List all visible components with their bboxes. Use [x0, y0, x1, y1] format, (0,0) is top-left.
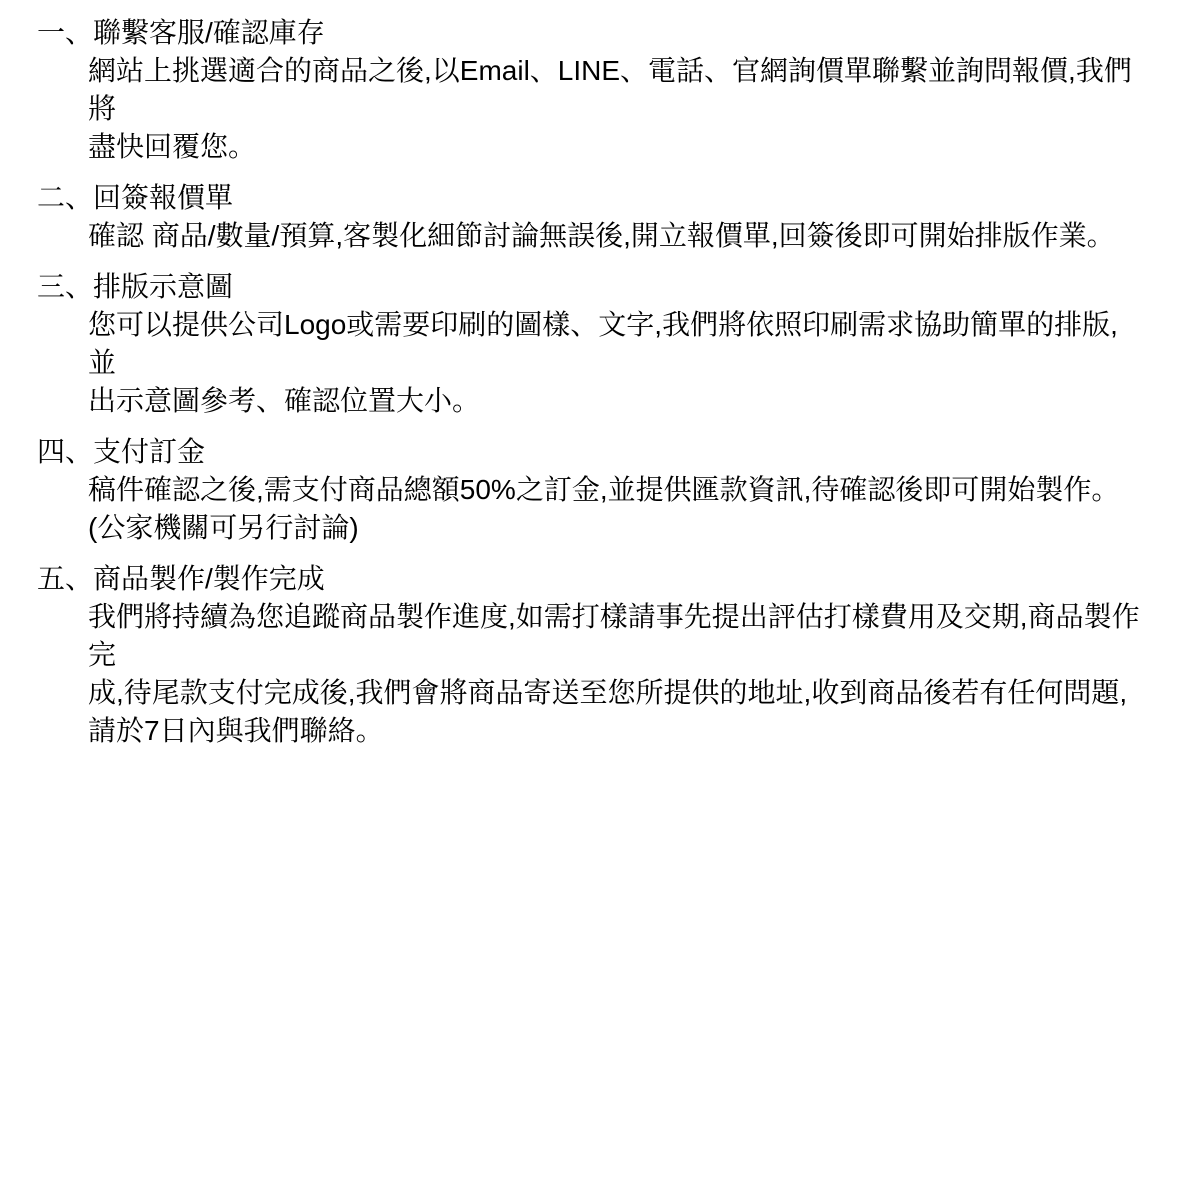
step-title: 聯繫客服/確認庫存 [93, 14, 1141, 52]
step-body-line: 成,待尾款支付完成後,我們會將商品寄送至您所提供的地址,收到商品後若有任何問題, [88, 674, 1141, 712]
step-item-1: 一、 聯繫客服/確認庫存 網站上挑選適合的商品之後,以Email、LINE、電話… [37, 14, 1141, 166]
step-heading: 一、 聯繫客服/確認庫存 [37, 14, 1141, 52]
step-body-line: 您可以提供公司Logo或需要印刷的圖樣、文字,我們將依照印刷需求協助簡單的排版,… [88, 306, 1141, 382]
step-title: 回簽報價單 [93, 179, 1141, 217]
step-body: 確認 商品/數量/預算,客製化細節討論無誤後,開立報價單,回簽後即可開始排版作業… [37, 217, 1141, 255]
step-title: 排版示意圖 [93, 268, 1141, 306]
step-body: 稿件確認之後,需支付商品總額50%之訂金,並提供匯款資訊,待確認後即可開始製作。… [37, 471, 1141, 547]
step-body-line: 確認 商品/數量/預算,客製化細節討論無誤後,開立報價單,回簽後即可開始排版作業… [88, 217, 1141, 255]
step-number: 二、 [37, 179, 93, 217]
step-body: 您可以提供公司Logo或需要印刷的圖樣、文字,我們將依照印刷需求協助簡單的排版,… [37, 306, 1141, 420]
step-number: 五、 [37, 560, 93, 598]
step-body-line: 網站上挑選適合的商品之後,以Email、LINE、電話、官網詢價單聯繫並詢問報價… [88, 52, 1141, 128]
step-body-line: 稿件確認之後,需支付商品總額50%之訂金,並提供匯款資訊,待確認後即可開始製作。 [88, 471, 1141, 509]
step-body-line: 出示意圖參考、確認位置大小。 [88, 382, 1141, 420]
step-title: 支付訂金 [93, 433, 1141, 471]
step-item-2: 二、 回簽報價單 確認 商品/數量/預算,客製化細節討論無誤後,開立報價單,回簽… [37, 179, 1141, 255]
step-item-3: 三、 排版示意圖 您可以提供公司Logo或需要印刷的圖樣、文字,我們將依照印刷需… [37, 268, 1141, 420]
step-heading: 五、 商品製作/製作完成 [37, 560, 1141, 598]
step-number: 一、 [37, 14, 93, 52]
step-number: 四、 [37, 433, 93, 471]
step-body: 網站上挑選適合的商品之後,以Email、LINE、電話、官網詢價單聯繫並詢問報價… [37, 52, 1141, 166]
step-heading: 三、 排版示意圖 [37, 268, 1141, 306]
step-heading: 二、 回簽報價單 [37, 179, 1141, 217]
step-body-line: (公家機關可另行討論) [88, 509, 1141, 547]
step-body: 我們將持續為您追蹤商品製作進度,如需打樣請事先提出評估打樣費用及交期,商品製作完… [37, 598, 1141, 750]
step-heading: 四、 支付訂金 [37, 433, 1141, 471]
step-title: 商品製作/製作完成 [93, 560, 1141, 598]
step-body-line: 我們將持續為您追蹤商品製作進度,如需打樣請事先提出評估打樣費用及交期,商品製作完 [88, 598, 1141, 674]
step-body-line: 請於7日內與我們聯絡。 [88, 712, 1141, 750]
step-number: 三、 [37, 268, 93, 306]
ordering-process-document: 一、 聯繫客服/確認庫存 網站上挑選適合的商品之後,以Email、LINE、電話… [0, 0, 1181, 750]
step-body-line: 盡快回覆您。 [88, 128, 1141, 166]
step-item-4: 四、 支付訂金 稿件確認之後,需支付商品總額50%之訂金,並提供匯款資訊,待確認… [37, 433, 1141, 547]
step-item-5: 五、 商品製作/製作完成 我們將持續為您追蹤商品製作進度,如需打樣請事先提出評估… [37, 560, 1141, 750]
